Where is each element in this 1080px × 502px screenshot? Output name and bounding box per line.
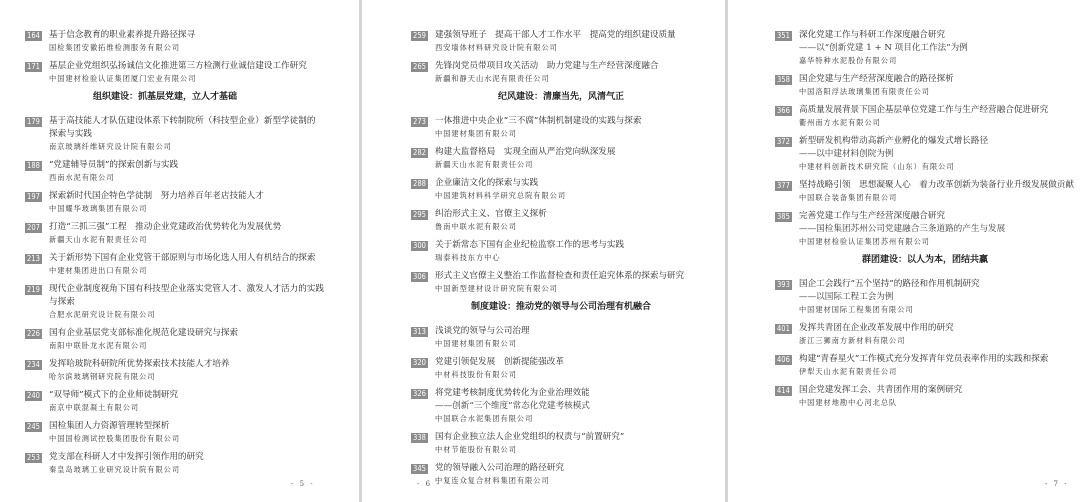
- entry-text: 打造“三抓三强”工程 推动企业党建政治优势转化为发展优势新疆天山水泥有限责任公司: [49, 221, 345, 245]
- entry-text: 国企工会践行“五个坚持”的路径和作用机制研究——以国际工程工会为例中国建材国际工…: [799, 278, 1075, 315]
- entry-title: 将党建考核制度优势转化为企业治理效能: [435, 387, 711, 400]
- entry-text: 现代企业制度视角下国有科技型企业落实党管人才、激发人才活力的实践与探索合肥水泥研…: [49, 283, 345, 320]
- entry-organization: 中国新型建材设计研究院有限公司: [435, 283, 711, 294]
- entry-text: 国有企业独立法人企业党组织的权责与“前置研究”中材节能股份有限公司: [435, 431, 711, 455]
- entry-organization: 中国联合水泥集团有限公司: [435, 413, 711, 424]
- toc-entry[interactable]: 240“双导师”模式下的企业师徒制研究南京中联混凝土有限公司: [25, 389, 345, 413]
- entry-organization: 伊犁天山水泥有限责任公司: [799, 366, 1075, 377]
- page-number-badge: 385: [775, 212, 792, 222]
- entry-title: 坚持战略引领 思想凝聚人心 着力改革创新为装备行业升级发展做贡献: [799, 179, 1075, 192]
- page-number-badge: 253: [25, 453, 42, 463]
- toc-page-6: 259建强领导班子 提高干部人才工作水平 提高党的组织建设质量西安墙体材料研究设…: [362, 0, 725, 502]
- page-number-badge: 320: [411, 358, 428, 368]
- page-number-badge: 358: [775, 75, 792, 85]
- entry-title: 关于新常态下国有企业纪检监察工作的思考与实践: [435, 239, 711, 252]
- entry-title: 打造“三抓三强”工程 推动企业党建政治优势转化为发展优势: [49, 221, 345, 234]
- toc-entry[interactable]: 300关于新常态下国有企业纪检监察工作的思考与实践瑞泰科技东方中心: [411, 239, 711, 263]
- entry-text: “党建辅导员制”的探索创新与实践西南水泥有限公司: [49, 159, 345, 183]
- toc-page-7: 351深化党建工作与科研工作深度融合研究——以“创新党建 1 + N 项目化工作…: [728, 0, 1080, 502]
- toc-entry[interactable]: 179基于高技能人才队伍建设体系下转制院所（科技型企业）新型学徒制的探索与实践南…: [25, 115, 345, 152]
- entry-text: 基于高技能人才队伍建设体系下转制院所（科技型企业）新型学徒制的探索与实践南京玻璃…: [49, 115, 345, 152]
- toc-entry[interactable]: 320党建引领促发展 创新提能强改革中材科技股份有限公司: [411, 356, 711, 380]
- page-number-badge: 300: [411, 241, 428, 251]
- entry-subtitle: ——国检集团苏州公司党建融合三条道路的产生与发展: [799, 223, 1075, 236]
- entry-title: 国有企业独立法人企业党组织的权责与“前置研究”: [435, 431, 711, 444]
- entry-title: 国企党建发挥工会、共青团作用的案例研究: [799, 384, 1075, 397]
- entry-organization: 中国建筑材料科学研究总院有限公司: [435, 190, 711, 201]
- entry-title: 国企工会践行“五个坚持”的路径和作用机制研究: [799, 278, 1075, 291]
- entry-title: 关于新形势下国有企业党管干部原则与市场化选人用人有机结合的探索: [49, 252, 345, 265]
- entry-text: 党支部在科研人才中发挥引领作用的研究秦皇岛玻璃工业研究设计院有限公司: [49, 451, 345, 475]
- toc-entry[interactable]: 288企业廉洁文化的探索与实践中国建筑材料科学研究总院有限公司: [411, 177, 711, 201]
- page-number-badge: 219: [25, 285, 42, 295]
- entry-title: 现代企业制度视角下国有科技型企业落实党管人才、激发人才活力的实践: [49, 283, 345, 296]
- page-folio: - 7 -: [1045, 480, 1069, 488]
- entry-subtitle: ——以中建材料创院为例: [799, 148, 1075, 161]
- entry-organization: 浙江三狮南方新材料有限公司: [799, 335, 1075, 346]
- entry-text: 党的领导融入公司治理的路径研究中复连众复合材料集团有限公司: [435, 462, 711, 486]
- toc-page-5: 164基于信念教育的职业素养提升路径探寻国检集团安徽拓维检测服务有限公司171基…: [0, 0, 359, 502]
- entry-organization: 中国建材集团有限公司: [435, 128, 711, 139]
- toc-entry[interactable]: 313浅谈党的领导与公司治理中国建材集团有限公司: [411, 325, 711, 349]
- entry-text: 形式主义官僚主义整治工作监督检查和责任追究体系的探索与研究中国新型建材设计研究院…: [435, 270, 711, 294]
- entry-text: 党建引领促发展 创新提能强改革中材科技股份有限公司: [435, 356, 711, 380]
- entry-organization: 合肥水泥研究设计院有限公司: [49, 309, 345, 320]
- page-number-badge: 401: [775, 324, 792, 334]
- entry-title: 基于高技能人才队伍建设体系下转制院所（科技型企业）新型学徒制的: [49, 115, 345, 128]
- toc-entry[interactable]: 213关于新形势下国有企业党管干部原则与市场化选人用人有机结合的探索中建材集团进…: [25, 252, 345, 276]
- section-heading: 群团建设：以人为本，团结共赢: [775, 254, 1075, 266]
- toc-entry[interactable]: 282构建大监督格局 实现全面从严治党向纵深发展新疆天山水泥有限责任公司: [411, 146, 711, 170]
- toc-entry[interactable]: 372新型研发机构带动高新产业孵化的爆发式增长路径——以中建材料创院为例中建材料…: [775, 135, 1075, 172]
- entry-organization: 嘉华特种水泥股份有限公司: [799, 55, 1075, 66]
- page-number-badge: 288: [411, 179, 428, 189]
- page-number-badge: 338: [411, 433, 428, 443]
- page-number-badge: 259: [411, 31, 428, 41]
- entry-text: 坚持战略引领 思想凝聚人心 着力改革创新为装备行业升级发展做贡献中国联合装备集团…: [799, 179, 1075, 203]
- section-heading: 纪风建设：清廉当先，风清气正: [411, 91, 711, 103]
- page-number-badge: 414: [775, 386, 792, 396]
- entry-organization: 鲁南中联水泥有限公司: [435, 221, 711, 232]
- entry-title: 国有企业基层党支部标准化规范化建设研究与探索: [49, 327, 345, 340]
- entry-text: 一体推进中央企业“三不腐”体制机制建设的实践与探索中国建材集团有限公司: [435, 115, 711, 139]
- page-number-badge: 213: [25, 254, 42, 264]
- page-number-badge: 377: [775, 181, 792, 191]
- entry-text: 先锋岗党员带项目攻关活动 助力党建与生产经营深度融合新疆和静天山水泥有限责任公司: [435, 60, 711, 84]
- toc-entry[interactable]: 414国企党建发挥工会、共青团作用的案例研究中国建材地勘中心河北总队: [775, 384, 1075, 408]
- entry-text: 高质量发展背景下国企基层单位党建工作与生产经营融合促进研究衢州南方水泥有限公司: [799, 104, 1075, 128]
- entry-organization: 中国建材检验认证集团厦门宏业有限公司: [49, 73, 345, 84]
- entry-text: 关于新常态下国有企业纪检监察工作的思考与实践瑞泰科技东方中心: [435, 239, 711, 263]
- toc-spread: 164基于信念教育的职业素养提升路径探寻国检集团安徽拓维检测服务有限公司171基…: [0, 0, 1080, 502]
- entry-organization: 瑞泰科技东方中心: [435, 252, 711, 263]
- entry-organization: 中国耀华玻璃集团有限公司: [49, 203, 345, 214]
- entry-title: 构建“青春星火”工作模式充分发挥青年党员表率作用的实践和探索: [799, 353, 1075, 366]
- page-number-badge: 171: [25, 62, 42, 72]
- entry-organization: 中建材料创新技术研究院（山东）有限公司: [799, 161, 1075, 172]
- entry-text: “双导师”模式下的企业师徒制研究南京中联混凝土有限公司: [49, 389, 345, 413]
- entry-text: 浅谈党的领导与公司治理中国建材集团有限公司: [435, 325, 711, 349]
- toc-entry[interactable]: 207打造“三抓三强”工程 推动企业党建政治优势转化为发展优势新疆天山水泥有限责…: [25, 221, 345, 245]
- toc-entry[interactable]: 306形式主义官僚主义整治工作监督检查和责任追究体系的探索与研究中国新型建材设计…: [411, 270, 711, 294]
- entry-organization: 中国建材集团有限公司: [435, 338, 711, 349]
- entry-text: 深化党建工作与科研工作深度融合研究——以“创新党建 1 + N 项目化工作法”为…: [799, 29, 1075, 66]
- entry-text: 基层企业党组织弘扬诚信文化推进第三方检测行业诚信建设工作研究中国建材检验认证集团…: [49, 60, 345, 84]
- page-number-badge: 295: [411, 210, 428, 220]
- entry-title: 国企党建与生产经营深度融合的路径探析: [799, 73, 1075, 86]
- entry-subtitle: ——创新“三个维度”常态化党建考核模式: [435, 400, 711, 413]
- entry-title: 党建引领促发展 创新提能强改革: [435, 356, 711, 369]
- entry-title: 发挥哈玻院科研院所优势探索技术技能人才培养: [49, 358, 345, 371]
- entry-organization: 中材科技股份有限公司: [435, 369, 711, 380]
- toc-entry[interactable]: 226国有企业基层党支部标准化规范化建设研究与探索南阳中联卧龙水泥有限公司: [25, 327, 345, 351]
- entry-text: 关于新形势下国有企业党管干部原则与市场化选人用人有机结合的探索中建材集团进出口有…: [49, 252, 345, 276]
- entry-subtitle: ——以国际工程工会为例: [799, 291, 1075, 304]
- entry-organization: 中建材集团进出口有限公司: [49, 265, 345, 276]
- toc-entry[interactable]: 377坚持战略引领 思想凝聚人心 着力改革创新为装备行业升级发展做贡献中国联合装…: [775, 179, 1075, 203]
- entry-text: 基于信念教育的职业素养提升路径探寻国检集团安徽拓维检测服务有限公司: [49, 29, 345, 53]
- entry-title: 党支部在科研人才中发挥引领作用的研究: [49, 451, 345, 464]
- page-number-badge: 366: [775, 106, 792, 116]
- page-number-badge: 393: [775, 280, 792, 290]
- toc-entry[interactable]: 401发挥共青团在企业改革发展中作用的研究浙江三狮南方新材料有限公司: [775, 322, 1075, 346]
- toc-entry[interactable]: 358国企党建与生产经营深度融合的路径探析中国洛阳浮法玻璃集团有限责任公司: [775, 73, 1075, 97]
- toc-entry[interactable]: 273一体推进中央企业“三不腐”体制机制建设的实践与探索中国建材集团有限公司: [411, 115, 711, 139]
- entry-organization: 西南水泥有限公司: [49, 172, 345, 183]
- page-number-badge: 245: [25, 422, 42, 432]
- entry-title: 先锋岗党员带项目攻关活动 助力党建与生产经营深度融合: [435, 60, 711, 73]
- page-number-badge: 179: [25, 117, 42, 127]
- entry-organization: 新疆和静天山水泥有限责任公司: [435, 73, 711, 84]
- entry-title: 探索与实践: [49, 128, 345, 141]
- toc-content: 164基于信念教育的职业素养提升路径探寻国检集团安徽拓维检测服务有限公司171基…: [25, 29, 345, 482]
- page-number-badge: 164: [25, 31, 42, 41]
- entry-organization: 中国建材国际工程集团有限公司: [799, 304, 1075, 315]
- entry-text: 完善党建工作与生产经营深度融合研究——国检集团苏州公司党建融合三条道路的产生与发…: [799, 210, 1075, 247]
- entry-title: 形式主义官僚主义整治工作监督检查和责任追究体系的探索与研究: [435, 270, 711, 283]
- toc-entry[interactable]: 234发挥哈玻院科研院所优势探索技术技能人才培养哈尔滨玻璃钢研究院有限公司: [25, 358, 345, 382]
- entry-organization: 国检集团安徽拓维检测服务有限公司: [49, 42, 345, 53]
- entry-organization: 新疆天山水泥有限责任公司: [49, 234, 345, 245]
- entry-organization: 南阳中联卧龙水泥有限公司: [49, 340, 345, 351]
- entry-title: 企业廉洁文化的探索与实践: [435, 177, 711, 190]
- entry-text: 构建“青春星火”工作模式充分发挥青年党员表率作用的实践和探索伊犁天山水泥有限责任…: [799, 353, 1075, 377]
- page-number-badge: 372: [775, 137, 792, 147]
- entry-title: 一体推进中央企业“三不腐”体制机制建设的实践与探索: [435, 115, 711, 128]
- entry-text: 国企党建发挥工会、共青团作用的案例研究中国建材地勘中心河北总队: [799, 384, 1075, 408]
- toc-entry[interactable]: 393国企工会践行“五个坚持”的路径和作用机制研究——以国际工程工会为例中国建材…: [775, 278, 1075, 315]
- page-number-badge: 282: [411, 148, 428, 158]
- toc-entry[interactable]: 406构建“青春星火”工作模式充分发挥青年党员表率作用的实践和探索伊犁天山水泥有…: [775, 353, 1075, 377]
- toc-entry[interactable]: 164基于信念教育的职业素养提升路径探寻国检集团安徽拓维检测服务有限公司: [25, 29, 345, 53]
- toc-entry[interactable]: 171基层企业党组织弘扬诚信文化推进第三方检测行业诚信建设工作研究中国建材检验认…: [25, 60, 345, 84]
- entry-text: 国有企业基层党支部标准化规范化建设研究与探索南阳中联卧龙水泥有限公司: [49, 327, 345, 351]
- toc-entry[interactable]: 351深化党建工作与科研工作深度融合研究——以“创新党建 1 + N 项目化工作…: [775, 29, 1075, 66]
- toc-entry[interactable]: 326将党建考核制度优势转化为企业治理效能——创新“三个维度”常态化党建考核模式…: [411, 387, 711, 424]
- toc-entry[interactable]: 338国有企业独立法人企业党组织的权责与“前置研究”中材节能股份有限公司: [411, 431, 711, 455]
- entry-text: 纠治形式主义、官僚主义探析鲁南中联水泥有限公司: [435, 208, 711, 232]
- page-number-badge: 313: [411, 327, 428, 337]
- entry-organization: 中复连众复合材料集团有限公司: [435, 475, 711, 486]
- entry-organization: 中国国检测试控股集团股份有限公司: [49, 433, 345, 444]
- page-number-badge: 351: [775, 31, 792, 41]
- section-heading: 组织建设：抓基层党建，立人才基础: [25, 91, 345, 103]
- entry-organization: 衢州南方水泥有限公司: [799, 117, 1075, 128]
- entry-title: 新型研发机构带动高新产业孵化的爆发式增长路径: [799, 135, 1075, 148]
- entry-title: 探索新时代国企特色学徒制 努力培养百年老店技能人才: [49, 190, 345, 203]
- page-number-badge: 345: [411, 464, 428, 474]
- page-number-badge: 226: [25, 329, 42, 339]
- toc-entry[interactable]: 253党支部在科研人才中发挥引领作用的研究秦皇岛玻璃工业研究设计院有限公司: [25, 451, 345, 475]
- entry-title: 建强领导班子 提高干部人才工作水平 提高党的组织建设质量: [435, 29, 711, 42]
- entry-organization: 新疆天山水泥有限责任公司: [435, 159, 711, 170]
- entry-title: 基层企业党组织弘扬诚信文化推进第三方检测行业诚信建设工作研究: [49, 60, 345, 73]
- toc-entry[interactable]: 345党的领导融入公司治理的路径研究中复连众复合材料集团有限公司: [411, 462, 711, 486]
- page-number-badge: 188: [25, 161, 42, 171]
- page-number-badge: 326: [411, 389, 428, 399]
- entry-subtitle: ——以“创新党建 1 + N 项目化工作法”为例: [799, 42, 1075, 55]
- entry-title: 发挥共青团在企业改革发展中作用的研究: [799, 322, 1075, 335]
- entry-organization: 秦皇岛玻璃工业研究设计院有限公司: [49, 464, 345, 475]
- entry-title: 与探索: [49, 296, 345, 309]
- entry-text: 建强领导班子 提高干部人才工作水平 提高党的组织建设质量西安墙体材料研究设计院有…: [435, 29, 711, 53]
- entry-title: 高质量发展背景下国企基层单位党建工作与生产经营融合促进研究: [799, 104, 1075, 117]
- entry-organization: 中材节能股份有限公司: [435, 444, 711, 455]
- entry-title: “党建辅导员制”的探索创新与实践: [49, 159, 345, 172]
- entry-title: “双导师”模式下的企业师徒制研究: [49, 389, 345, 402]
- entry-organization: 南京中联混凝土有限公司: [49, 402, 345, 413]
- toc-entry[interactable]: 385完善党建工作与生产经营深度融合研究——国检集团苏州公司党建融合三条道路的产…: [775, 210, 1075, 247]
- entry-text: 国企党建与生产经营深度融合的路径探析中国洛阳浮法玻璃集团有限责任公司: [799, 73, 1075, 97]
- page-number-badge: 273: [411, 117, 428, 127]
- entry-text: 将党建考核制度优势转化为企业治理效能——创新“三个维度”常态化党建考核模式中国联…: [435, 387, 711, 424]
- entry-text: 发挥共青团在企业改革发展中作用的研究浙江三狮南方新材料有限公司: [799, 322, 1075, 346]
- entry-title: 国检集团人力资源管理转型探析: [49, 420, 345, 433]
- entry-text: 探索新时代国企特色学徒制 努力培养百年老店技能人才中国耀华玻璃集团有限公司: [49, 190, 345, 214]
- entry-title: 基于信念教育的职业素养提升路径探寻: [49, 29, 345, 42]
- page-number-badge: 207: [25, 223, 42, 233]
- entry-title: 纠治形式主义、官僚主义探析: [435, 208, 711, 221]
- toc-entry[interactable]: 188“党建辅导员制”的探索创新与实践西南水泥有限公司: [25, 159, 345, 183]
- entry-title: 完善党建工作与生产经营深度融合研究: [799, 210, 1075, 223]
- toc-content: 351深化党建工作与科研工作深度融合研究——以“创新党建 1 + N 项目化工作…: [775, 29, 1075, 415]
- page-number-badge: 265: [411, 62, 428, 72]
- page-folio: - 6 -: [417, 480, 441, 488]
- page-folio: - 5 -: [291, 480, 315, 488]
- entry-text: 新型研发机构带动高新产业孵化的爆发式增长路径——以中建材料创院为例中建材料创新技…: [799, 135, 1075, 172]
- page-number-badge: 306: [411, 272, 428, 282]
- toc-entry[interactable]: 295纠治形式主义、官僚主义探析鲁南中联水泥有限公司: [411, 208, 711, 232]
- page-number-badge: 240: [25, 391, 42, 401]
- entry-organization: 中国建材地勘中心河北总队: [799, 397, 1075, 408]
- entry-text: 国检集团人力资源管理转型探析中国国检测试控股集团股份有限公司: [49, 420, 345, 444]
- toc-content: 259建强领导班子 提高干部人才工作水平 提高党的组织建设质量西安墙体材料研究设…: [411, 29, 711, 493]
- section-heading: 制度建设：推动党的领导与公司治理有机融合: [411, 301, 711, 313]
- entry-organization: 中国建材检验认证集团苏州有限公司: [799, 236, 1075, 247]
- toc-entry[interactable]: 219现代企业制度视角下国有科技型企业落实党管人才、激发人才活力的实践与探索合肥…: [25, 283, 345, 320]
- entry-text: 企业廉洁文化的探索与实践中国建筑材料科学研究总院有限公司: [435, 177, 711, 201]
- toc-entry[interactable]: 259建强领导班子 提高干部人才工作水平 提高党的组织建设质量西安墙体材料研究设…: [411, 29, 711, 53]
- entry-organization: 哈尔滨玻璃钢研究院有限公司: [49, 371, 345, 382]
- entry-title: 浅谈党的领导与公司治理: [435, 325, 711, 338]
- entry-organization: 中国洛阳浮法玻璃集团有限责任公司: [799, 86, 1075, 97]
- entry-organization: 南京玻璃纤维研究设计院有限公司: [49, 141, 345, 152]
- toc-entry[interactable]: 197探索新时代国企特色学徒制 努力培养百年老店技能人才中国耀华玻璃集团有限公司: [25, 190, 345, 214]
- entry-organization: 西安墙体材料研究设计院有限公司: [435, 42, 711, 53]
- entry-text: 构建大监督格局 实现全面从严治党向纵深发展新疆天山水泥有限责任公司: [435, 146, 711, 170]
- toc-entry[interactable]: 366高质量发展背景下国企基层单位党建工作与生产经营融合促进研究衢州南方水泥有限…: [775, 104, 1075, 128]
- page-number-badge: 234: [25, 360, 42, 370]
- entry-title: 构建大监督格局 实现全面从严治党向纵深发展: [435, 146, 711, 159]
- entry-text: 发挥哈玻院科研院所优势探索技术技能人才培养哈尔滨玻璃钢研究院有限公司: [49, 358, 345, 382]
- entry-organization: 中国联合装备集团有限公司: [799, 192, 1075, 203]
- entry-title: 深化党建工作与科研工作深度融合研究: [799, 29, 1075, 42]
- entry-title: 党的领导融入公司治理的路径研究: [435, 462, 711, 475]
- toc-entry[interactable]: 245国检集团人力资源管理转型探析中国国检测试控股集团股份有限公司: [25, 420, 345, 444]
- page-number-badge: 406: [775, 355, 792, 365]
- page-number-badge: 197: [25, 192, 42, 202]
- toc-entry[interactable]: 265先锋岗党员带项目攻关活动 助力党建与生产经营深度融合新疆和静天山水泥有限责…: [411, 60, 711, 84]
